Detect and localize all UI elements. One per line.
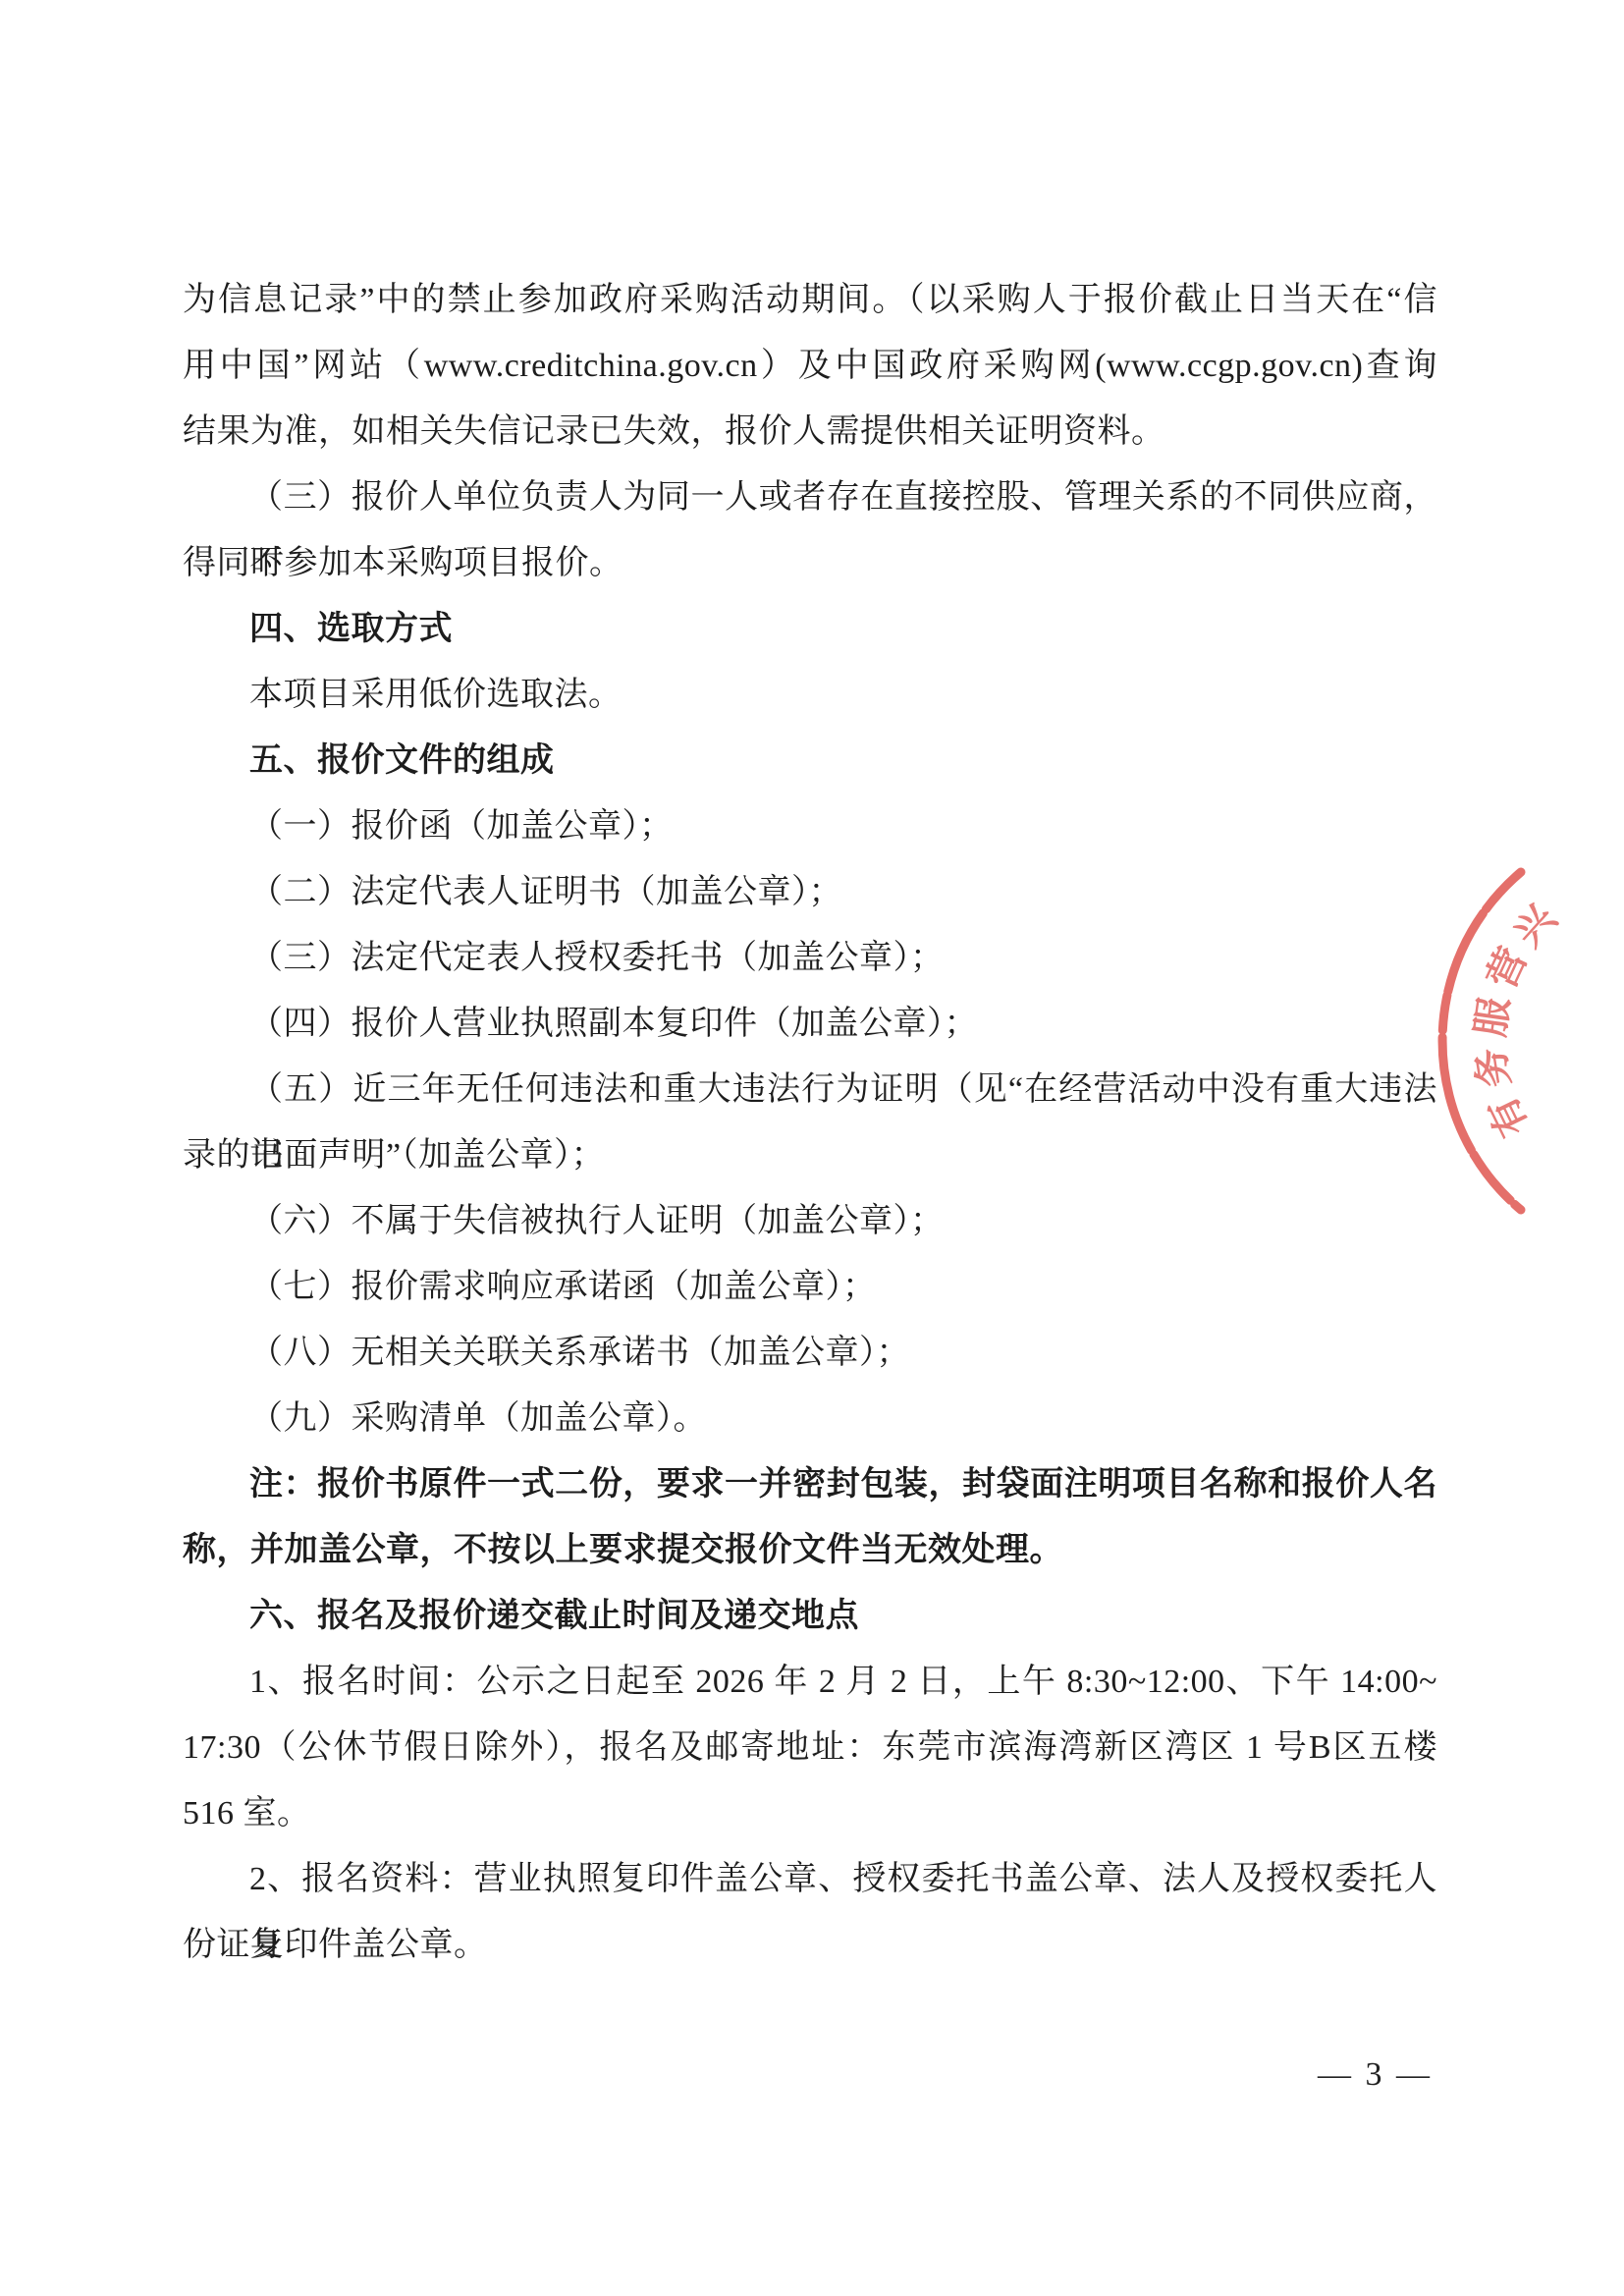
doc-line: 四、选取方式 (183, 596, 1437, 662)
seal-glyph: 服 (1468, 995, 1517, 1040)
doc-line: （二）法定代表人证明书（加盖公章）； (183, 859, 1437, 925)
doc-line: 结果为准，如相关失信记录已失效，报价人需提供相关证明资料。 (183, 399, 1437, 465)
doc-line: 本项目采用低价选取法。 (183, 662, 1437, 728)
doc-line: 五、报价文件的组成 (183, 728, 1437, 793)
doc-line: 称，并加盖公章，不按以上要求提交报价文件当无效处理。 (183, 1517, 1437, 1583)
document-body: 为信息记录”中的禁止参加政府采购活动期间。（以采购人于报价截止日当天在“信用中国… (183, 267, 1437, 1978)
doc-line: （七）报价需求响应承诺函（加盖公章）； (183, 1254, 1437, 1320)
doc-line: 得同时参加本采购项目报价。 (183, 530, 1437, 596)
doc-line: 六、报名及报价递交截止时间及递交地点 (183, 1583, 1437, 1649)
doc-line: 录的书面声明”（加盖公章）； (183, 1122, 1437, 1188)
doc-line: （四）报价人营业执照副本复印件（加盖公章）； (183, 991, 1437, 1057)
doc-line: （六）不属于失信被执行人证明（加盖公章）； (183, 1188, 1437, 1254)
doc-line: （五）近三年无任何违法和重大违法行为证明（见“在经营活动中没有重大违法记 (183, 1057, 1437, 1122)
seal-text: 兴营服务有 (1468, 896, 1565, 1144)
document-page: 为信息记录”中的禁止参加政府采购活动期间。（以采购人于报价截止日当天在“信用中国… (0, 0, 1624, 2296)
doc-line: 注：报价书原件一式二份，要求一并密封包装，封袋面注明项目名称和报价人名 (183, 1451, 1437, 1517)
seal-glyph: 有 (1480, 1089, 1537, 1144)
doc-line: （九）采购清单（加盖公章）。 (183, 1386, 1437, 1451)
doc-line: 17:30（公休节假日除外），报名及邮寄地址：东莞市滨海湾新区湾区 1 号B区五… (183, 1715, 1437, 1780)
doc-line: 份证复印件盖公章。 (183, 1912, 1437, 1978)
seal-glyph: 务 (1468, 1045, 1518, 1091)
doc-line: 为信息记录”中的禁止参加政府采购活动期间。（以采购人于报价截止日当天在“信 (183, 267, 1437, 333)
doc-line: 516 室。 (183, 1780, 1437, 1846)
doc-line: 用中国”网站（www.creditchina.gov.cn）及中国政府采购网(w… (183, 333, 1437, 399)
doc-line: （八）无相关关联关系承诺书（加盖公章）； (183, 1320, 1437, 1386)
doc-line: （三）报价人单位负责人为同一人或者存在直接控股、管理关系的不同供应商，不 (183, 465, 1437, 530)
doc-line: （一）报价函（加盖公章）； (183, 793, 1437, 859)
seal-glyph: 营 (1479, 941, 1536, 995)
doc-line: （三）法定代定表人授权委托书（加盖公章）； (183, 925, 1437, 991)
page-number: — 3 — (1318, 2055, 1433, 2095)
red-seal-stamp: 兴营服务有 (1388, 830, 1624, 1262)
doc-line: 1、报名时间：公示之日起至 2026 年 2 月 2 日，上午 8:30~12:… (183, 1649, 1437, 1715)
seal-glyph: 兴 (1505, 896, 1565, 956)
doc-line: 2、报名资料：营业执照复印件盖公章、授权委托书盖公章、法人及授权委托人身 (183, 1846, 1437, 1912)
